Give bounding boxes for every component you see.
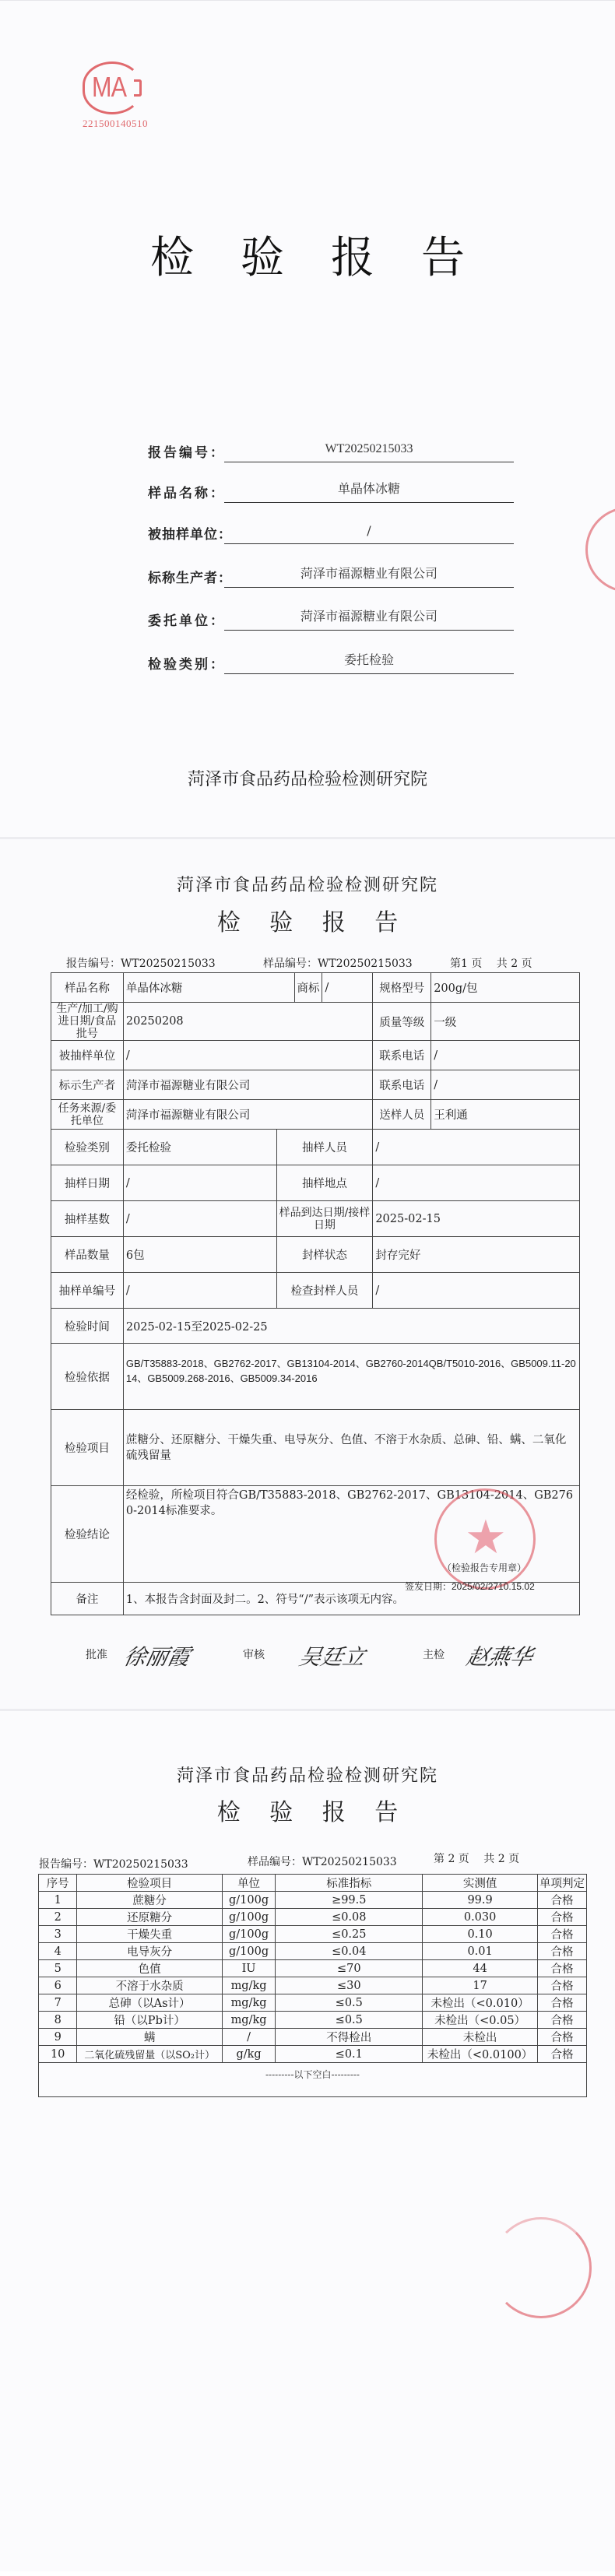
col-header: 标准指标 xyxy=(276,1875,423,1892)
cell-no: 5 xyxy=(39,1960,77,1977)
cma-frame-end xyxy=(134,79,142,97)
page-info: 第1 页 共 2 页 xyxy=(450,955,532,971)
field-value: 菏泽市福源糖业有限公司 xyxy=(224,606,514,624)
results-table: 序号 检验项目 单位 标准指标 实测值 单项判定 1 蔗糖分 g/100g ≥9… xyxy=(38,1874,587,2097)
cell-value: 菏泽市福源糖业有限公司 xyxy=(123,1100,372,1130)
cell-label: 样品名称 xyxy=(51,973,124,1003)
col-header: 检验项目 xyxy=(77,1875,222,1892)
cell-no: 10 xyxy=(39,2046,77,2063)
cell-item: 色值 xyxy=(77,1960,222,1977)
official-stamp-icon xyxy=(585,507,615,592)
inspect-label: 主检 xyxy=(423,1646,445,1662)
field-label: 标称生产者： xyxy=(148,567,232,586)
page2-title: 检 验 报 告 xyxy=(0,1793,615,1827)
cell-standard: ≤0.5 xyxy=(276,1994,423,2012)
cell-result: 99.9 xyxy=(423,1892,538,1909)
field-label: 样品名称： xyxy=(148,482,226,501)
underline xyxy=(224,587,514,588)
cell-label: 被抽样单位 xyxy=(51,1041,124,1070)
cell-no: 2 xyxy=(39,1909,77,1926)
field-value: WT20250215033 xyxy=(224,442,514,456)
table-row: 抽样日期 / 抽样地点 / xyxy=(51,1165,580,1201)
table-row: 6 不溶于水杂质 mg/kg ≤30 17 合格 xyxy=(39,1977,587,1994)
cma-logo-text: MA xyxy=(92,71,126,104)
cell-value: 封存完好 xyxy=(373,1237,580,1273)
cell-result: 未检出 xyxy=(423,2029,538,2046)
cell-item: 还原糖分 xyxy=(77,1909,222,1926)
table-row: 检验依据 GB/T35883-2018、GB2762-2017、GB13104-… xyxy=(51,1344,580,1410)
cell-label: 样品数量 xyxy=(51,1237,124,1273)
cell-label: 联系电话 xyxy=(373,1070,431,1100)
col-header: 序号 xyxy=(39,1875,77,1892)
cell-verdict: 合格 xyxy=(537,1892,586,1909)
cell-item: 蔗糖分 xyxy=(77,1892,222,1909)
cell-item: 螨 xyxy=(77,2029,222,2046)
cell-label: 联系电话 xyxy=(373,1041,431,1070)
cell-value: / xyxy=(373,1165,580,1201)
cell-no: 4 xyxy=(39,1943,77,1960)
cell-label: 抽样基数 xyxy=(51,1201,124,1237)
table-row: 任务来源/委托单位 菏泽市福源糖业有限公司 送样人员 王利通 xyxy=(51,1100,580,1130)
underline xyxy=(224,502,514,503)
cell-item: 铅（以Pb计） xyxy=(77,2012,222,2029)
cell-value: / xyxy=(431,1041,580,1070)
cell-value: / xyxy=(123,1041,372,1070)
cell-unit: g/100g xyxy=(222,1926,276,1943)
table-header-row: 序号 检验项目 单位 标准指标 实测值 单项判定 xyxy=(39,1875,587,1892)
table-row: 检验类别 委托检验 抽样人员 / xyxy=(51,1130,580,1165)
cell-value: GB/T35883-2018、GB2762-2017、GB13104-2014、… xyxy=(123,1344,579,1410)
page1-title: 检 验 报 告 xyxy=(0,903,615,937)
field-sample-name: 样品名称： 单晶体冰糖 xyxy=(148,473,514,504)
table-row: 样品名称 单晶体冰糖 商标 / 规格型号 200g/包 xyxy=(51,973,580,1003)
cell-result: 44 xyxy=(423,1960,538,1977)
table-row: 4 电导灰分 g/100g ≤0.04 0.01 合格 xyxy=(39,1943,587,1960)
table-row: 8 铅（以Pb计） mg/kg ≤0.5 未检出（<0.05） 合格 xyxy=(39,2012,587,2029)
cell-label: 规格型号 xyxy=(373,973,431,1003)
cell-result: 17 xyxy=(423,1977,538,1994)
table-row: 检验项目 蔗糖分、还原糖分、干燥失重、电导灰分、色值、不溶于水杂质、总砷、铅、螨… xyxy=(51,1410,580,1486)
cell-standard: ≤0.08 xyxy=(276,1909,423,1926)
cell-no: 9 xyxy=(39,2029,77,2046)
field-category: 检验类别： 委托检验 xyxy=(148,645,514,676)
field-value: / xyxy=(224,523,514,538)
cell-unit: IU xyxy=(222,1960,276,1977)
table-row: 9 螨 / 不得检出 未检出 合格 xyxy=(39,2029,587,2046)
cell-no: 7 xyxy=(39,1994,77,2012)
cell-label: 样品到达日期/接样日期 xyxy=(276,1201,373,1237)
cell-label: 封样状态 xyxy=(276,1237,373,1273)
cell-item: 总砷（以As计） xyxy=(77,1994,222,2012)
cell-label: 检查封样人员 xyxy=(276,1273,373,1309)
cell-unit: mg/kg xyxy=(222,1994,276,2012)
table-row: 样品数量 6包 封样状态 封存完好 xyxy=(51,1237,580,1273)
cell-label: 标示生产者 xyxy=(51,1070,124,1100)
cell-value: 6包 xyxy=(123,1237,276,1273)
report-number: 报告编号：WT20250215033 xyxy=(66,955,216,971)
cover-title: 检验报告 xyxy=(0,223,615,286)
cell-standard: ≤30 xyxy=(276,1977,423,1994)
field-label: 委托单位： xyxy=(148,610,226,629)
cell-verdict: 合格 xyxy=(537,1926,586,1943)
cell-label: 检验类别 xyxy=(51,1130,124,1165)
cell-verdict: 合格 xyxy=(537,2046,586,2063)
cell-value: / xyxy=(431,1070,580,1100)
cell-label: 备注 xyxy=(51,1583,124,1615)
table-row: 5 色值 IU ≤70 44 合格 xyxy=(39,1960,587,1977)
cell-verdict: 合格 xyxy=(537,2029,586,2046)
approve-signature: 徐丽霞 xyxy=(121,1640,194,1671)
cell-item: 电导灰分 xyxy=(77,1943,222,1960)
cell-value: 单晶体冰糖 xyxy=(123,973,294,1003)
table-row: ---------以下空白--------- xyxy=(39,2063,587,2097)
cover-organization: 菏泽市食品药品检验检测研究院 xyxy=(0,766,615,790)
field-label: 检验类别： xyxy=(148,653,226,673)
cell-verdict: 合格 xyxy=(537,1943,586,1960)
official-stamp-icon xyxy=(490,2217,592,2318)
cell-value: / xyxy=(373,1130,580,1165)
cell-result: 0.030 xyxy=(423,1909,538,1926)
cell-label: 抽样地点 xyxy=(276,1165,373,1201)
sample-number: 样品编号：WT20250215033 xyxy=(263,955,413,971)
cell-verdict: 合格 xyxy=(537,1994,586,2012)
cell-no: 3 xyxy=(39,1926,77,1943)
cell-standard: ≥99.5 xyxy=(276,1892,423,1909)
report-number: 报告编号：WT20250215033 xyxy=(39,1856,188,1871)
cell-label: 质量等级 xyxy=(373,1003,431,1041)
cell-result: 未检出（<0.010） xyxy=(423,1994,538,2012)
table-row: 1 蔗糖分 g/100g ≥99.5 99.9 合格 xyxy=(39,1892,587,1909)
col-header: 单位 xyxy=(222,1875,276,1892)
table-row: 被抽样单位 / 联系电话 / xyxy=(51,1041,580,1070)
col-header: 实测值 xyxy=(423,1875,538,1892)
cell-unit: g/kg xyxy=(222,2046,276,2063)
underline xyxy=(224,543,514,544)
cell-value: / xyxy=(373,1273,580,1309)
field-sampled-unit: 被抽样单位： / xyxy=(148,515,514,546)
cell-verdict: 合格 xyxy=(537,1909,586,1926)
field-value: 委托检验 xyxy=(224,650,514,668)
cell-label: 生产/加工/购进日期/食品批号 xyxy=(51,1003,124,1041)
cell-label: 检验项目 xyxy=(51,1410,124,1486)
page1-organization: 菏泽市食品药品检验检测研究院 xyxy=(0,872,615,896)
cell-result: 0.10 xyxy=(423,1926,538,1943)
cell-label: 抽样单编号 xyxy=(51,1273,124,1309)
cell-standard: ≤0.5 xyxy=(276,2012,423,2029)
cell-verdict: 合格 xyxy=(537,1977,586,1994)
cell-item: 二氧化硫残留量（以SO₂计） xyxy=(77,2046,222,2063)
underline xyxy=(224,673,514,674)
cell-value: 2025-02-15 xyxy=(373,1201,580,1237)
cell-result: 未检出（<0.0100） xyxy=(423,2046,538,2063)
cell-unit: / xyxy=(222,2029,276,2046)
underline xyxy=(224,630,514,631)
issue-date: 签发日期：2025/02/2710.15.02 xyxy=(405,1580,535,1593)
cell-value: 蔗糖分、还原糖分、干燥失重、电导灰分、色值、不溶于水杂质、总砷、铅、螨、二氧化硫… xyxy=(123,1410,579,1486)
table-row: 标示生产者 菏泽市福源糖业有限公司 联系电话 / xyxy=(51,1070,580,1100)
table-row: 2 还原糖分 g/100g ≤0.08 0.030 合格 xyxy=(39,1909,587,1926)
report-page-2 xyxy=(0,1711,615,2571)
col-header: 单项判定 xyxy=(537,1875,586,1892)
cell-unit: g/100g xyxy=(222,1892,276,1909)
field-producer: 标称生产者： 菏泽市福源糖业有限公司 xyxy=(148,558,514,589)
stamp-caption: （检验报告专用章） xyxy=(442,1561,526,1574)
cell-item: 不溶于水杂质 xyxy=(77,1977,222,1994)
cell-unit: mg/kg xyxy=(222,1977,276,1994)
cell-value: 20250208 xyxy=(123,1003,372,1041)
cell-value: / xyxy=(123,1201,276,1237)
cell-value: 200g/包 xyxy=(431,973,580,1003)
cell-verdict: 合格 xyxy=(537,2012,586,2029)
cell-unit: g/100g xyxy=(222,1943,276,1960)
cell-standard: 不得检出 xyxy=(276,2029,423,2046)
cma-logo: MA xyxy=(83,62,142,116)
cell-value: 2025-02-15至2025-02-25 xyxy=(123,1309,579,1344)
table-row: 抽样基数 / 样品到达日期/接样日期 2025-02-15 xyxy=(51,1201,580,1237)
inspection-stamp-icon: ★ xyxy=(434,1488,536,1590)
field-client: 委托单位： 菏泽市福源糖业有限公司 xyxy=(148,601,514,632)
signature-row: 批准 徐丽霞 审核 吴廷立 主检 赵燕华 xyxy=(0,1637,615,1668)
field-label: 报告编号： xyxy=(148,441,226,461)
cell-value: / xyxy=(123,1273,276,1309)
table-row: 抽样单编号 / 检查封样人员 / xyxy=(51,1273,580,1309)
table-row: 10 二氧化硫残留量（以SO₂计） g/kg ≤0.1 未检出（<0.0100）… xyxy=(39,2046,587,2063)
star-icon: ★ xyxy=(465,1514,507,1561)
blank-note: ---------以下空白--------- xyxy=(39,2063,587,2097)
cover-page: MA 221500140510 检验报告 报告编号： WT20250215033… xyxy=(0,0,615,837)
field-report-no: 报告编号： WT20250215033 xyxy=(148,433,514,464)
cell-no: 1 xyxy=(39,1892,77,1909)
cell-value: 菏泽市福源糖业有限公司 xyxy=(123,1070,372,1100)
sample-number: 样品编号：WT20250215033 xyxy=(248,1854,397,1869)
cell-label: 检验时间 xyxy=(51,1309,124,1344)
cell-label: 检验依据 xyxy=(51,1344,124,1410)
table-row: 3 干燥失重 g/100g ≤0.25 0.10 合格 xyxy=(39,1926,587,1943)
field-value: 菏泽市福源糖业有限公司 xyxy=(224,564,514,582)
underline xyxy=(224,462,514,462)
approve-label: 批准 xyxy=(86,1646,107,1662)
cell-result: 未检出（<0.05） xyxy=(423,2012,538,2029)
field-value: 单晶体冰糖 xyxy=(224,479,514,497)
cell-standard: ≤0.04 xyxy=(276,1943,423,1960)
cell-no: 8 xyxy=(39,2012,77,2029)
cell-standard: ≤0.1 xyxy=(276,2046,423,2063)
cell-no: 6 xyxy=(39,1977,77,1994)
cell-result: 0.01 xyxy=(423,1943,538,1960)
page2-organization: 菏泽市食品药品检验检测研究院 xyxy=(0,1762,615,1787)
cell-unit: g/100g xyxy=(222,1909,276,1926)
cell-label: 商标 xyxy=(294,973,322,1003)
cell-standard: ≤70 xyxy=(276,1960,423,1977)
cell-value: 王利通 xyxy=(431,1100,580,1130)
cell-label: 抽样日期 xyxy=(51,1165,124,1201)
cell-value: / xyxy=(123,1165,276,1201)
review-signature: 吴廷立 xyxy=(297,1640,369,1671)
cell-label: 检验结论 xyxy=(51,1486,124,1583)
cell-verdict: 合格 xyxy=(537,1960,586,1977)
table-row: 7 总砷（以As计） mg/kg ≤0.5 未检出（<0.010） 合格 xyxy=(39,1994,587,2012)
cell-label: 送样人员 xyxy=(373,1100,431,1130)
table-row: 检验时间 2025-02-15至2025-02-25 xyxy=(51,1309,580,1344)
field-label: 被抽样单位： xyxy=(148,523,232,543)
cell-unit: mg/kg xyxy=(222,2012,276,2029)
page-info: 第 2 页 共 2 页 xyxy=(434,1850,519,1866)
inspect-signature: 赵燕华 xyxy=(464,1640,536,1671)
cell-item: 干燥失重 xyxy=(77,1926,222,1943)
cell-value: 一级 xyxy=(431,1003,580,1041)
cell-label: 抽样人员 xyxy=(276,1130,373,1165)
cma-code: 221500140510 xyxy=(83,118,148,130)
cell-value: 委托检验 xyxy=(123,1130,276,1165)
table-row: 生产/加工/购进日期/食品批号 20250208 质量等级 一级 xyxy=(51,1003,580,1041)
cell-standard: ≤0.25 xyxy=(276,1926,423,1943)
cell-label: 任务来源/委托单位 xyxy=(51,1100,124,1130)
cell-value: / xyxy=(322,973,373,1003)
review-label: 审核 xyxy=(243,1646,265,1662)
